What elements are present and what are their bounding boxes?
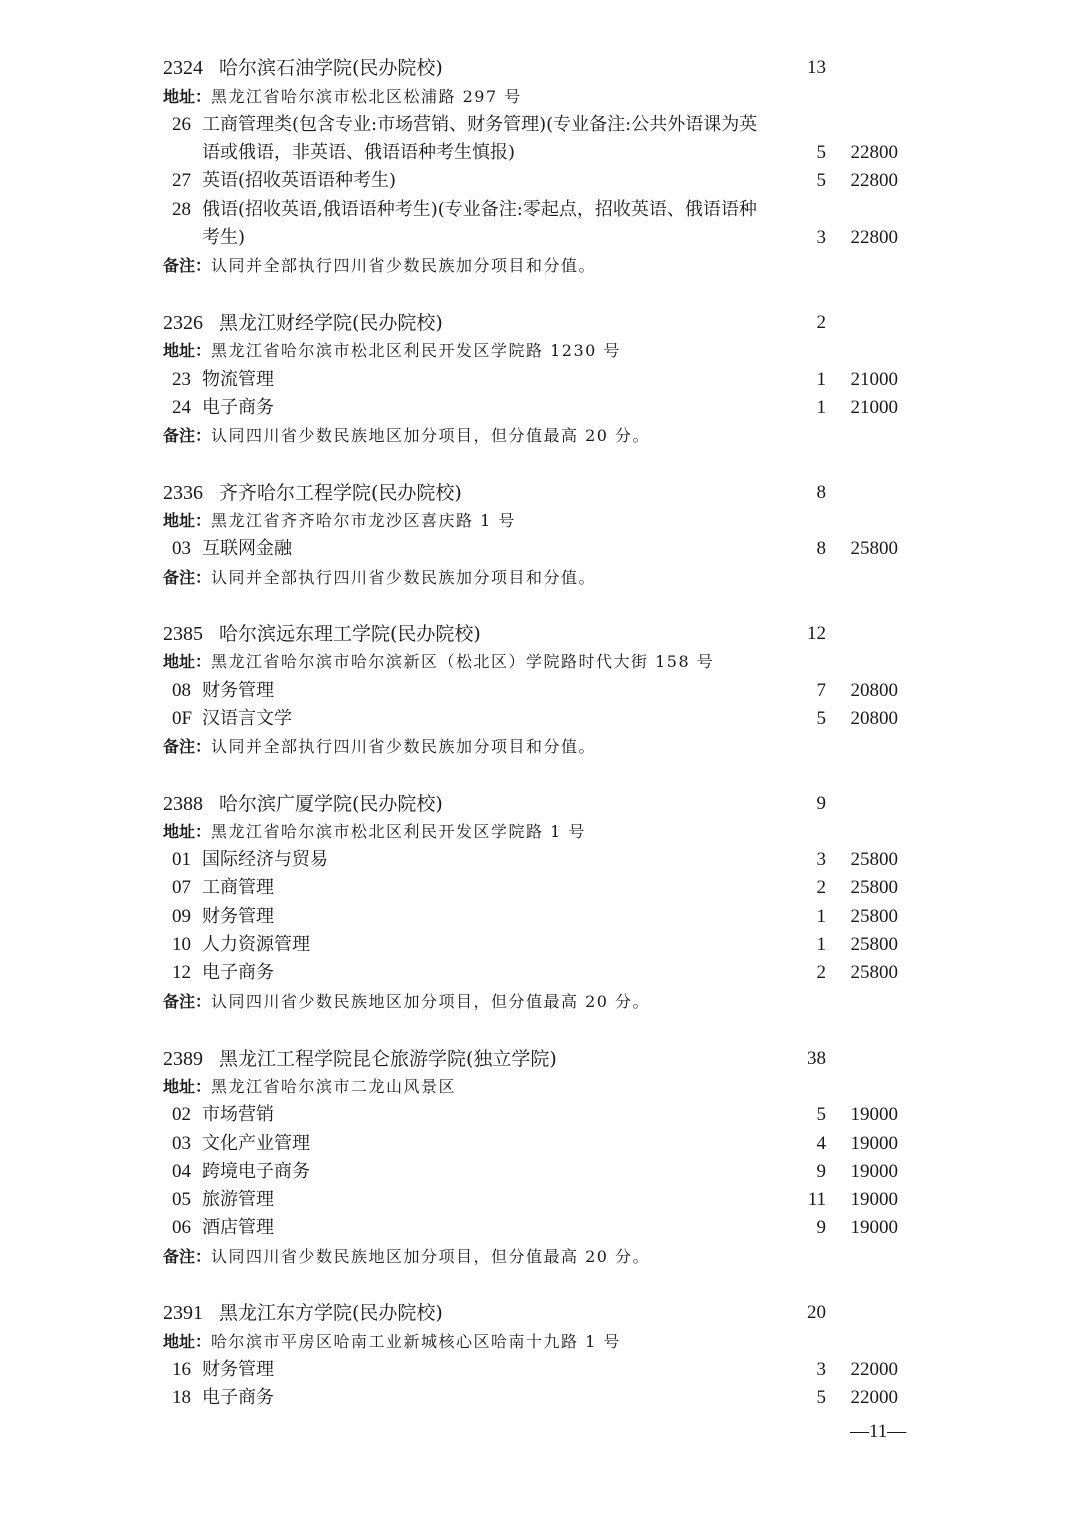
major-plan: 9 [796,1214,826,1242]
school-code: 2324 [163,54,219,82]
major-fee: 25800 [838,903,898,931]
major-name: 工商管理 [202,877,274,898]
school-title: 2391黑龙江东方学院(民办院校) [163,1299,443,1327]
school-name: 哈尔滨石油学院(民办院校) [219,57,443,79]
major-plan: 5 [796,1384,826,1412]
school-name: 黑龙江财经学院(民办院校) [219,312,443,334]
school-note: 备注：认同四川省少数民族地区加分项目，但分值最高 20 分。 [163,422,650,450]
note-value: 认同四川省少数民族地区加分项目，但分值最高 20 分。 [211,1247,650,1266]
major-code: 10 [172,931,202,959]
major-name: 财务管理 [202,906,274,927]
major-code: 01 [172,846,202,874]
major-fee: 25800 [838,846,898,874]
major-name: 电子商务 [202,962,274,983]
school-code: 2385 [163,620,219,648]
note-label: 备注： [163,737,211,756]
address-label: 地址： [163,652,211,671]
major-plan: 5 [796,705,826,733]
major-row: 16财务管理 [172,1356,274,1384]
major-plan: 3 [796,1356,826,1384]
major-code: 03 [172,1130,202,1158]
major-name: 电子商务 [202,397,274,418]
note-value: 认同并全部执行四川省少数民族加分项目和分值。 [211,256,596,275]
major-name: 跨境电子商务 [202,1161,310,1182]
major-code: 03 [172,535,202,563]
major-name: 电子商务 [202,1387,274,1408]
school-address: 地址：黑龙江省哈尔滨市松北区松浦路 297 号 [163,83,522,111]
major-row: 06酒店管理 [172,1214,274,1242]
document-page: 2324哈尔滨石油学院(民办院校) 13 地址：黑龙江省哈尔滨市松北区松浦路 2… [0,0,1080,1527]
address-label: 地址： [163,87,211,106]
school-address: 地址：哈尔滨市平房区哈南工业新城核心区哈南十九路 1 号 [163,1328,621,1356]
school-name: 哈尔滨远东理工学院(民办院校) [219,623,481,645]
major-name: 英语(招收英语语种考生) [202,170,396,191]
note-value: 认同并全部执行四川省少数民族加分项目和分值。 [211,737,596,756]
major-plan: 2 [796,959,826,987]
major-row: 18电子商务 [172,1384,274,1412]
major-fee: 22800 [838,167,898,195]
major-row: 08财务管理 [172,677,274,705]
major-row: 0F汉语言文学 [172,705,292,733]
major-code: 02 [172,1101,202,1129]
major-code: 04 [172,1158,202,1186]
school-note: 备注：认同四川省少数民族地区加分项目，但分值最高 20 分。 [163,1243,650,1271]
address-value: 黑龙江省哈尔滨市松北区松浦路 297 号 [211,87,522,106]
major-fee: 22000 [838,1384,898,1412]
major-code: 06 [172,1214,202,1242]
note-label: 备注： [163,256,211,275]
address-label: 地址： [163,1332,211,1351]
major-fee: 25800 [838,959,898,987]
note-value: 认同四川省少数民族地区加分项目，但分值最高 20 分。 [211,426,650,445]
major-name: 酒店管理 [202,1217,274,1238]
school-total: 38 [786,1045,826,1073]
major-code: 05 [172,1186,202,1214]
major-name: 财务管理 [202,680,274,701]
note-label: 备注： [163,426,211,445]
school-name: 哈尔滨广厦学院(民办院校) [219,793,443,815]
major-name: 财务管理 [202,1359,274,1380]
major-plan: 11 [796,1186,826,1214]
school-title: 2389黑龙江工程学院昆仑旅游学院(独立学院) [163,1045,557,1073]
major-row: 03互联网金融 [172,535,292,563]
school-name: 黑龙江东方学院(民办院校) [219,1302,443,1324]
major-fee: 19000 [838,1186,898,1214]
major-row: 26工商管理类(包含专业:市场营销、财务管理)(专业备注:公共外语课为英 [172,111,757,139]
major-name: 汉语言文学 [202,708,292,729]
major-code: 23 [172,366,202,394]
major-fee: 20800 [838,705,898,733]
major-row: 03文化产业管理 [172,1130,310,1158]
address-value: 黑龙江省哈尔滨市哈尔滨新区（松北区）学院路时代大街 158 号 [211,652,714,671]
major-plan: 7 [796,677,826,705]
major-plan: 3 [796,846,826,874]
major-plan: 8 [796,535,826,563]
major-code: 16 [172,1356,202,1384]
school-address: 地址：黑龙江省齐齐哈尔市龙沙区喜庆路 1 号 [163,507,516,535]
major-name-continued: 考生) [202,224,245,252]
major-name: 人力资源管理 [202,934,310,955]
school-address: 地址：黑龙江省哈尔滨市松北区利民开发区学院路 1 号 [163,818,586,846]
major-code: 24 [172,394,202,422]
note-value: 认同四川省少数民族地区加分项目，但分值最高 20 分。 [211,992,650,1011]
major-fee: 21000 [838,394,898,422]
school-title: 2385哈尔滨远东理工学院(民办院校) [163,620,481,648]
school-total: 12 [786,620,826,648]
major-fee: 21000 [838,366,898,394]
major-fee: 25800 [838,874,898,902]
school-address: 地址：黑龙江省哈尔滨市哈尔滨新区（松北区）学院路时代大街 158 号 [163,648,714,676]
major-row: 09财务管理 [172,903,274,931]
major-name: 旅游管理 [202,1189,274,1210]
major-fee: 25800 [838,931,898,959]
major-name: 物流管理 [202,369,274,390]
major-name: 国际经济与贸易 [202,849,328,870]
major-name: 文化产业管理 [202,1133,310,1154]
major-plan: 1 [796,394,826,422]
address-value: 黑龙江省齐齐哈尔市龙沙区喜庆路 1 号 [211,511,516,530]
major-name: 俄语(招收英语,俄语语种考生)(专业备注:零起点，招收英语、俄语语种 [202,199,757,220]
school-total: 8 [786,479,826,507]
major-code: 28 [172,196,202,224]
note-value: 认同并全部执行四川省少数民族加分项目和分值。 [211,568,596,587]
school-note: 备注：认同四川省少数民族地区加分项目，但分值最高 20 分。 [163,988,650,1016]
major-row: 12电子商务 [172,959,274,987]
school-note: 备注：认同并全部执行四川省少数民族加分项目和分值。 [163,252,596,280]
major-plan: 2 [796,874,826,902]
school-title: 2388哈尔滨广厦学院(民办院校) [163,790,443,818]
major-plan: 1 [796,366,826,394]
school-address: 地址：黑龙江省哈尔滨市松北区利民开发区学院路 1230 号 [163,337,621,365]
major-plan: 9 [796,1158,826,1186]
school-total: 20 [786,1299,826,1327]
major-plan: 3 [796,224,826,252]
major-fee: 19000 [838,1101,898,1129]
school-title: 2336齐齐哈尔工程学院(民办院校) [163,479,462,507]
major-row: 05旅游管理 [172,1186,274,1214]
major-code: 09 [172,903,202,931]
school-name: 齐齐哈尔工程学院(民办院校) [219,482,462,504]
note-label: 备注： [163,1247,211,1266]
major-name-continued: 语或俄语，非英语、俄语语种考生慎报) [202,139,515,167]
major-code: 18 [172,1384,202,1412]
major-fee: 25800 [838,535,898,563]
address-value: 黑龙江省哈尔滨市松北区利民开发区学院路 1230 号 [211,341,621,360]
major-plan: 1 [796,931,826,959]
school-total: 13 [786,54,826,82]
address-value: 黑龙江省哈尔滨市二龙山风景区 [211,1077,456,1096]
major-code: 07 [172,874,202,902]
school-code: 2326 [163,309,219,337]
major-plan: 5 [796,1101,826,1129]
major-fee: 22000 [838,1356,898,1384]
school-code: 2336 [163,479,219,507]
address-label: 地址： [163,341,211,360]
major-row: 23物流管理 [172,366,274,394]
major-row: 24电子商务 [172,394,274,422]
major-fee: 22800 [838,139,898,167]
major-fee: 22800 [838,224,898,252]
address-label: 地址： [163,511,211,530]
major-code: 08 [172,677,202,705]
major-plan: 5 [796,139,826,167]
school-address: 地址：黑龙江省哈尔滨市二龙山风景区 [163,1073,456,1101]
school-title: 2326黑龙江财经学院(民办院校) [163,309,443,337]
school-total: 2 [786,309,826,337]
major-plan: 1 [796,903,826,931]
major-row: 04跨境电子商务 [172,1158,310,1186]
school-note: 备注：认同并全部执行四川省少数民族加分项目和分值。 [163,733,596,761]
address-value: 黑龙江省哈尔滨市松北区利民开发区学院路 1 号 [211,822,586,841]
school-total: 9 [786,790,826,818]
address-value: 哈尔滨市平房区哈南工业新城核心区哈南十九路 1 号 [211,1332,621,1351]
major-row: 02市场营销 [172,1101,274,1129]
major-row: 28俄语(招收英语,俄语语种考生)(专业备注:零起点，招收英语、俄语语种 [172,196,757,224]
major-row: 10人力资源管理 [172,931,310,959]
major-name: 互联网金融 [202,538,292,559]
school-code: 2388 [163,790,219,818]
major-plan: 4 [796,1130,826,1158]
major-fee: 19000 [838,1214,898,1242]
major-plan: 5 [796,167,826,195]
page-number: —11— [850,1418,906,1446]
major-fee: 19000 [838,1158,898,1186]
major-row: 01国际经济与贸易 [172,846,328,874]
major-code: 26 [172,111,202,139]
school-code: 2389 [163,1045,219,1073]
major-code: 0F [172,705,202,733]
school-note: 备注：认同并全部执行四川省少数民族加分项目和分值。 [163,564,596,592]
major-fee: 19000 [838,1130,898,1158]
major-code: 27 [172,167,202,195]
major-code: 12 [172,959,202,987]
major-row: 07工商管理 [172,874,274,902]
major-name: 市场营销 [202,1104,274,1125]
note-label: 备注： [163,568,211,587]
note-label: 备注： [163,992,211,1011]
major-name: 工商管理类(包含专业:市场营销、财务管理)(专业备注:公共外语课为英 [202,114,757,135]
school-code: 2391 [163,1299,219,1327]
major-fee: 20800 [838,677,898,705]
major-row: 27英语(招收英语语种考生) [172,167,396,195]
address-label: 地址： [163,1077,211,1096]
address-label: 地址： [163,822,211,841]
school-title: 2324哈尔滨石油学院(民办院校) [163,54,443,82]
school-name: 黑龙江工程学院昆仑旅游学院(独立学院) [219,1048,557,1070]
